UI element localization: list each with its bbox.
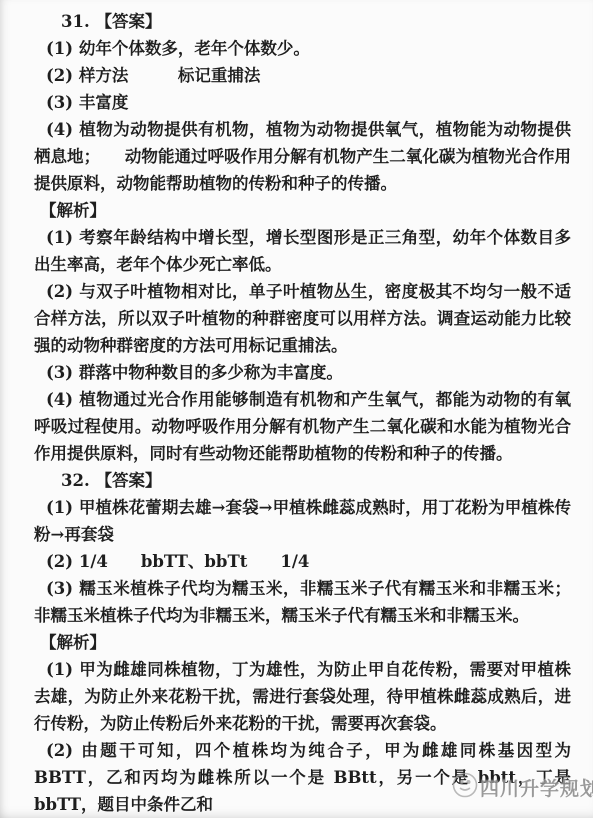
q31-answer-item-2: (2) 样方法 标记重捕法 — [34, 62, 571, 89]
page-content: 31. 【答案】 (1) 幼年个体数多，老年个体数少。 (2) 样方法 标记重捕… — [34, 8, 571, 818]
q31-analysis-item-2: (2) 与双子叶植物相对比，单子叶植物丛生，密度极其不均匀一般不适合样方法，所以… — [34, 278, 571, 359]
q32-answer-item-2: (2) 1/4 bbTT、bbTt 1/4 — [34, 548, 571, 575]
q32-answer-item-1: (1) 甲植株花蕾期去雄→套袋→甲植株雌蕊成熟时，用丁花粉为甲植株传粉→再套袋 — [34, 494, 571, 548]
q32-analysis-item-2: (2) 由题干可知，四个植株均为纯合子，甲为雌雄同株基因型为 BBTT，乙和丙均… — [34, 737, 571, 818]
q31-analysis-item-1: (1) 考察年龄结构中增长型，增长型图形是正三角型，幼年个体数目多出生率高，老年… — [34, 224, 571, 278]
q31-analysis-item-3: (3) 群落中物种数目的多少称为丰富度。 — [34, 359, 571, 386]
q32-analysis-item-1: (1) 甲为雌雄同株植物，丁为雄性，为防止甲自花传粉，需要对甲植株去雄，为防止外… — [34, 656, 571, 737]
q32-analysis-label: 【解析】 — [34, 629, 571, 656]
scanned-answer-page: 31. 【答案】 (1) 幼年个体数多，老年个体数少。 (2) 样方法 标记重捕… — [0, 0, 593, 818]
q31-answer-item-3: (3) 丰富度 — [34, 89, 571, 116]
q32-header: 32. 【答案】 — [34, 467, 571, 494]
q31-analysis-item-4: (4) 植物通过光合作用能够制造有机物和产生氧气，都能为动物的有氧呼吸过程使用。… — [34, 386, 571, 467]
q32-answer-item-3: (3) 糯玉米植株子代均为糯玉米，非糯玉米子代有糯玉米和非糯玉米；非糯玉米植株子… — [34, 575, 571, 629]
q31-header: 31. 【答案】 — [34, 8, 571, 35]
q31-answer-item-4: (4) 植物为动物提供有机物，植物为动物提供氧气，植物能为动物提供栖息地； 动物… — [34, 116, 571, 197]
q31-answer-item-1: (1) 幼年个体数多，老年个体数少。 — [34, 35, 571, 62]
q31-analysis-label: 【解析】 — [34, 197, 571, 224]
